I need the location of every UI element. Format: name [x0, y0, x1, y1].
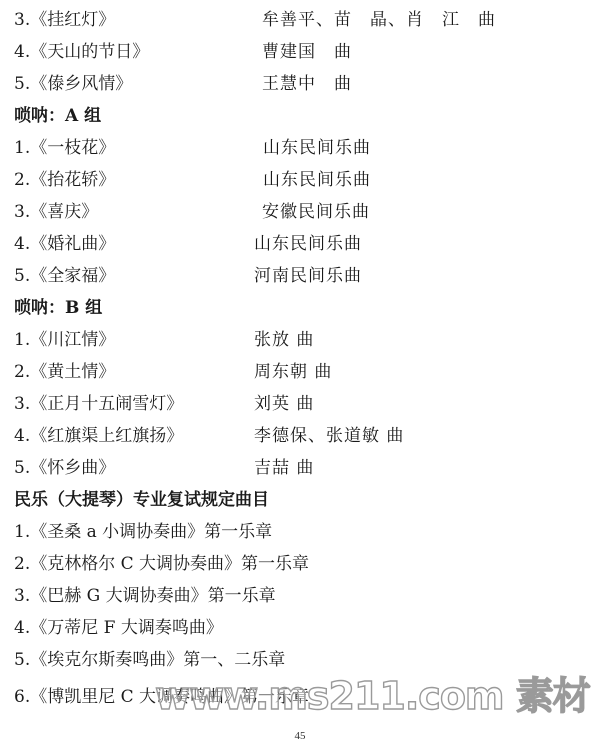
piece-title: 2.《黄土情》	[14, 360, 115, 384]
page-number: 45	[0, 730, 600, 742]
piece-composer: 牟善平、苗 晶、肖 江 曲	[262, 8, 496, 32]
piece-composer: 吉喆 曲	[254, 456, 314, 480]
piece-title: 1.《一枝花》	[14, 136, 115, 160]
section-heading-cello: 民乐（大提琴）专业复试规定曲目	[14, 488, 269, 512]
piece-title: 2.《抬花轿》	[14, 168, 115, 192]
piece-composer: 山东民间乐曲	[254, 232, 362, 256]
piece-composer: 李德保、张道敏 曲	[254, 424, 404, 448]
piece-title: 4.《天山的节日》	[14, 40, 149, 64]
piece-title: 3.《挂红灯》	[14, 8, 115, 32]
piece-title: 4.《万蒂尼 F 大调奏鸣曲》	[14, 616, 223, 640]
piece-composer: 河南民间乐曲	[254, 264, 362, 288]
piece-composer: 王慧中 曲	[262, 72, 352, 96]
piece-composer: 曹建国 曲	[262, 40, 352, 64]
piece-composer: 安徽民间乐曲	[262, 200, 370, 224]
piece-composer: 刘英 曲	[254, 392, 314, 416]
piece-composer: 山东民间乐曲	[263, 136, 371, 160]
section-heading-suona-a: 唢呐：A 组	[14, 104, 101, 128]
piece-title: 3.《正月十五闹雪灯》	[14, 392, 183, 416]
piece-title: 1.《圣桑 a 小调协奏曲》第一乐章	[14, 520, 272, 544]
piece-title: 3.《巴赫 G 大调协奏曲》第一乐章	[14, 584, 276, 608]
section-heading-suona-b: 唢呐：B 组	[14, 296, 102, 320]
piece-title: 5.《全家福》	[14, 264, 115, 288]
piece-composer: 山东民间乐曲	[263, 168, 371, 192]
piece-title: 5.《埃克尔斯奏鸣曲》第一、二乐章	[14, 648, 285, 672]
piece-title: 5.《傣乡风情》	[14, 72, 132, 96]
piece-title: 4.《红旗渠上红旗扬》	[14, 424, 183, 448]
piece-title: 5.《怀乡曲》	[14, 456, 115, 480]
piece-title: 1.《川江情》	[14, 328, 115, 352]
piece-composer: 张放 曲	[254, 328, 314, 352]
piece-title: 3.《喜庆》	[14, 200, 98, 224]
piece-title: 2.《克林格尔 C 大调协奏曲》第一乐章	[14, 552, 309, 576]
piece-composer: 周东朝 曲	[254, 360, 332, 384]
watermark: www.ms211.com 素材	[155, 674, 590, 718]
piece-title: 4.《婚礼曲》	[14, 232, 115, 256]
